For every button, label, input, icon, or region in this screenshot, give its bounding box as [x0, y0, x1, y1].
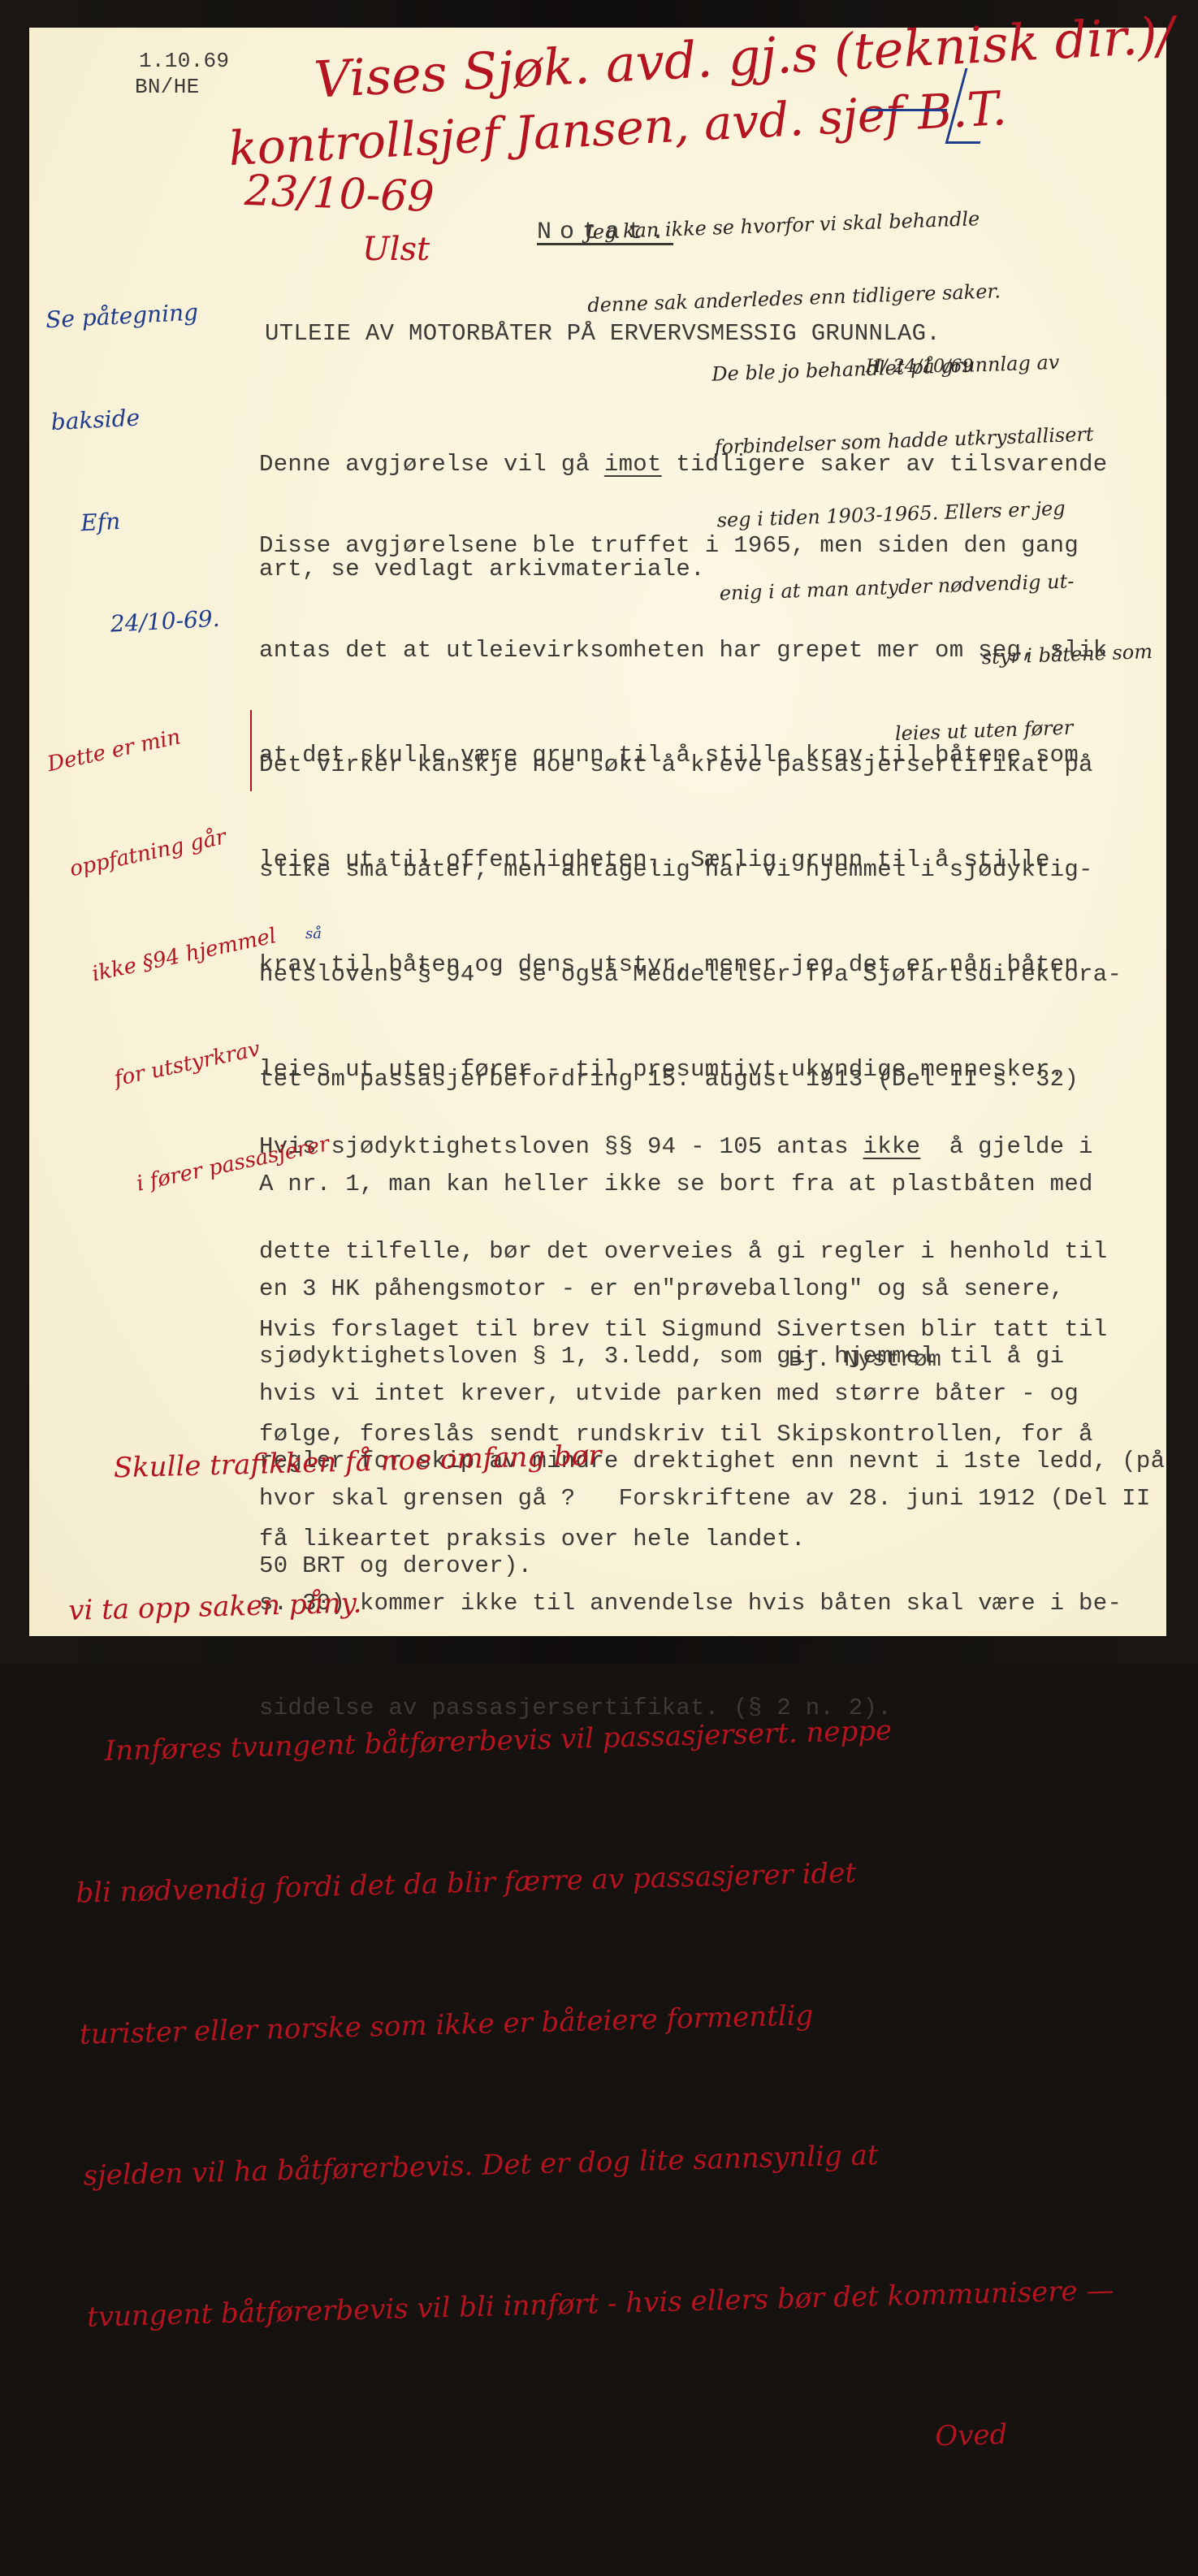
comment-line: denne sak anderledes enn tidligere saker…	[587, 274, 1140, 318]
document-page: 1.10.69 BN/HE Vises Sjøk. avd. gj.s (tek…	[29, 28, 1166, 1636]
document-title: Notat.	[537, 219, 673, 246]
header-initials: BN/HE	[135, 75, 200, 99]
blue-note-line: 24/10-69.	[61, 602, 221, 644]
red-routing-date: 23/10-69	[244, 167, 435, 222]
paragraph-line: hetslovens § 94 - se også Meddelelser fr…	[259, 957, 1151, 992]
red-margin-line: Dette er min	[44, 707, 244, 782]
blue-note-line: Efn	[55, 500, 215, 542]
paragraph-line: antas det at utleievirksomheten har grep…	[259, 633, 1107, 668]
paragraph-line: Disse avgjørelsene ble truffet i 1965, m…	[259, 528, 1107, 563]
red-bottom-line: vi ta opp saken påny.	[68, 1561, 1096, 1634]
red-bottom-note: Skulle trafikken få noe omfang bør vi ta…	[62, 1325, 1121, 1664]
black-comment-signature: H/ 24/10/69	[866, 357, 973, 377]
blue-note-line: Se påtegning	[45, 295, 205, 337]
paragraph-line: Hvis sjødyktighetsloven §§ 94 - 105 anta…	[259, 1129, 1165, 1164]
paragraph-line: slike små båter, men antagelig har vi hj…	[259, 852, 1151, 887]
red-margin-line: for utstyrkrav	[111, 1021, 311, 1097]
blue-note-line: bakside	[50, 397, 210, 439]
document-subject: UTLEIE AV MOTORBÅTER PÅ ERVERVSMESSIG GR…	[265, 320, 941, 347]
red-margin-line: oppfatning går	[67, 812, 266, 887]
red-margin-line: ikke §94 hjemmel	[89, 916, 288, 992]
blue-strikethrough-mark	[866, 109, 947, 111]
red-margin-line: i fører passasjerer	[133, 1126, 333, 1201]
blue-inserted-word: så	[305, 925, 322, 942]
blue-margin-note: Se påtegning bakside Efn 24/10-69.	[41, 227, 224, 712]
red-routing-initials: Ulst	[362, 231, 430, 268]
paragraph-line: Det virker kanskje noe søkt å kreve pass…	[259, 747, 1151, 782]
red-bottom-line: Skulle trafikken få noe omfang bør	[64, 1419, 1092, 1493]
underlined-word: ikke	[863, 1133, 921, 1160]
header-date: 1.10.69	[139, 49, 229, 73]
